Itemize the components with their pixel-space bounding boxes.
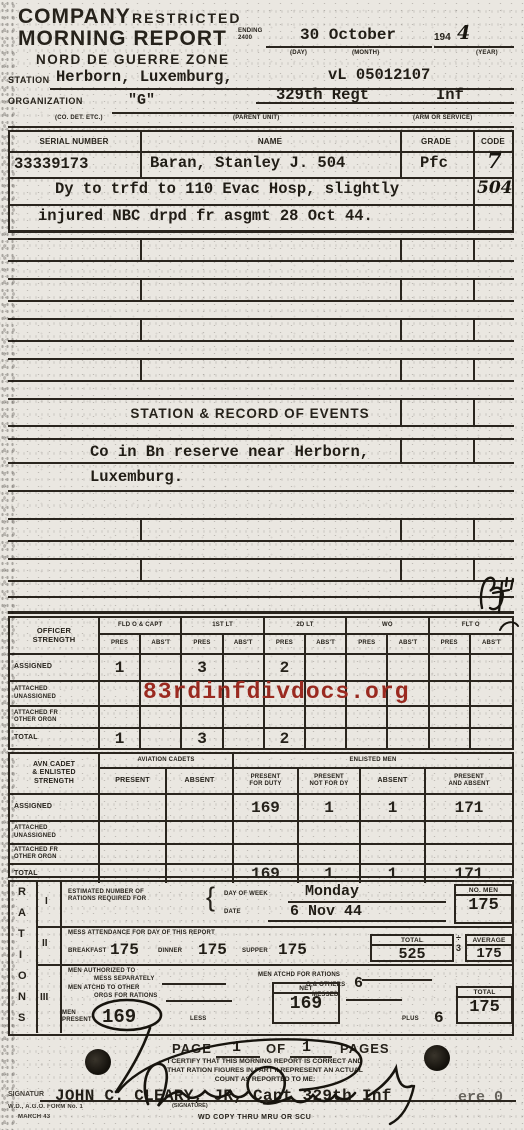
strength-cell: 171	[426, 795, 512, 822]
strength-cell	[306, 655, 347, 682]
year-caption: (YEAR)	[476, 50, 498, 57]
blank-underline	[166, 1000, 232, 1002]
rations-required-label: ESTIMATED NUMBER OF RATIONS REQUIRED FOR	[68, 889, 146, 903]
sub-header-pres: PRES	[430, 635, 471, 655]
section-numeral-iii: III	[40, 992, 48, 1003]
column-header-name: NAME	[240, 137, 300, 146]
form-id-line-2: MARCH 43	[18, 1114, 50, 1121]
restricted-stamp: RESTRICTED	[132, 10, 241, 26]
month-caption: (MONTH)	[352, 50, 379, 57]
punch-hole-left	[85, 1049, 111, 1075]
copy-routing-note: WD COPY THRU MRU OR SCU	[198, 1114, 311, 1121]
soldier-name-value: Baran, Stanley J. 504	[150, 154, 345, 172]
strength-cell: 2	[265, 655, 306, 682]
net-box: NET 169	[272, 982, 340, 1024]
strength-cell	[299, 845, 361, 865]
strength-cell	[141, 655, 182, 682]
row-line	[8, 177, 514, 179]
of-label: OF	[266, 1041, 286, 1056]
plus-label: PLUS	[402, 1016, 419, 1023]
strength-cell	[426, 845, 512, 865]
strength-cell	[388, 729, 429, 748]
group-header-1st-lt: 1ST LT	[182, 618, 264, 635]
average-value: 175	[467, 946, 511, 962]
rations-letter: N	[18, 991, 26, 1003]
rations-letter: S	[18, 1012, 25, 1024]
station-label: STATION	[8, 75, 50, 85]
row-line	[8, 204, 514, 206]
serial-number-value: 33339173	[14, 155, 88, 173]
events-entry-line-2: Luxemburg.	[90, 468, 183, 486]
pages-label: PAGES	[340, 1041, 390, 1056]
parent-unit-underline	[256, 102, 514, 104]
average-box: AVERAGE 175	[465, 934, 513, 962]
station-value: Herborn, Luxemburg,	[56, 68, 233, 86]
handwritten-initials	[468, 560, 520, 616]
dinner-value: 175	[198, 941, 227, 959]
men-authorized-label: MEN AUTHORIZED TO	[68, 968, 135, 975]
sub-header-pres: PRES	[182, 635, 223, 655]
sub-header-abst: ABS'T	[471, 635, 512, 655]
certification-line-1: I CERTIFY THAT THIS MORNING REPORT IS CO…	[110, 1058, 420, 1065]
strength-cell	[361, 822, 426, 845]
strength-cell	[182, 707, 223, 729]
zone-title: NORD DE GUERRE ZONE	[36, 52, 230, 67]
day-caption: (DAY)	[290, 50, 307, 57]
form-id-line-1: W.D., A.G.O. FORM No. 1	[8, 1104, 83, 1111]
blank-underline	[268, 920, 446, 922]
morning-report-document: COMPANY RESTRICTED MORNING REPORT ENDING…	[0, 0, 524, 1130]
mess-separately-label: MESS SEPARATELY	[94, 976, 155, 983]
year-underline	[434, 46, 514, 48]
sub-header-pres: PRES	[347, 635, 388, 655]
column-divider	[400, 130, 402, 178]
section-numeral-i: I	[45, 896, 48, 907]
rations-section: R A T I O N S I II III ESTIMATED NUMBER …	[8, 880, 514, 1036]
co-det-caption: (CO. DET. ETC.)	[55, 115, 103, 122]
strength-cell	[234, 822, 299, 845]
strength-cell	[347, 707, 388, 729]
year-handwritten: 4	[457, 22, 470, 44]
punch-hole-right	[424, 1045, 450, 1071]
strength-cell	[430, 655, 471, 682]
day-of-week-label: DAY OF WEEK	[224, 891, 268, 898]
strength-cell	[224, 707, 265, 729]
strength-cell	[471, 682, 512, 707]
grade-value: Pfc	[420, 154, 448, 172]
certification-line-2: THAT RATION FIGURES IN PART II REPRESENT…	[110, 1067, 420, 1074]
remark-line-1: Dy to trfd to 110 Evac Hosp, slightly	[55, 180, 399, 198]
sub-header-abst: ABS'T	[224, 635, 265, 655]
year-print: 194	[434, 32, 451, 43]
strength-cell	[388, 655, 429, 682]
rations-total-box: TOTAL 175	[456, 986, 513, 1024]
group-header-flt-o: FLT O	[430, 618, 512, 635]
plus-value: 6	[434, 1009, 444, 1027]
archive-watermark: 83rdinfdivdocs.org	[143, 679, 409, 705]
strength-cell	[471, 707, 512, 729]
sub-header-pres: PRES	[100, 635, 141, 655]
section-i-ii-divider	[36, 926, 513, 928]
strength-cell: 169	[234, 795, 299, 822]
organization-underline	[112, 112, 514, 114]
row-label-attached-fr-other: ATTACHED FR OTHER ORGN	[10, 707, 100, 729]
strength-cell	[347, 729, 388, 748]
strength-cell	[100, 795, 167, 822]
strength-cell	[361, 845, 426, 865]
strength-cell	[167, 795, 234, 822]
strength-cell	[306, 729, 347, 748]
sub-header-present-and-absent: PRESENT AND ABSENT	[426, 769, 512, 795]
strength-cell	[167, 822, 234, 845]
rations-col-divider	[36, 882, 38, 1033]
page-label: PAGE	[172, 1041, 212, 1056]
strength-cell: 2	[265, 729, 306, 748]
row-label-attached-unassigned: ATTACHED UNASSIGNED	[10, 822, 100, 845]
total-label: TOTAL	[458, 988, 511, 998]
day-of-week-value: Monday	[305, 883, 359, 900]
strength-cell	[100, 822, 167, 845]
sub-header-abst: ABS'T	[388, 635, 429, 655]
sub-header-cadet-absent: ABSENT	[167, 769, 234, 795]
rations-letter: R	[18, 886, 26, 898]
no-men-box: NO. MEN 175	[454, 884, 513, 924]
sub-header-present-not-for-dy: PRESENT NOT FOR DY	[299, 769, 361, 795]
code-value-handwritten: 7	[487, 148, 502, 173]
mess-attendance-label: MESS ATTENDANCE FOR DAY OF THIS REPORT	[68, 930, 215, 937]
row-label-assigned: ASSIGNED	[10, 795, 100, 822]
form-title-morning-report: MORNING REPORT	[18, 27, 227, 51]
strength-cell: 1	[100, 729, 141, 748]
table-border	[8, 130, 10, 232]
strength-cell	[430, 729, 471, 748]
strength-cell	[100, 707, 141, 729]
strength-cell	[100, 682, 141, 707]
arm-service-caption: (ARM OR SERVICE)	[413, 115, 472, 122]
section-divider	[8, 126, 514, 128]
row-label-assigned: ASSIGNED	[10, 655, 100, 682]
strength-cell	[388, 707, 429, 729]
sub-header-absent: ABSENT	[361, 769, 426, 795]
header-row-line	[8, 151, 514, 153]
events-entry-line-1: Co in Bn reserve near Herborn,	[90, 443, 369, 461]
breakfast-label: BREAKFAST	[68, 948, 106, 955]
signed-name-typed: JOHN C. CLEARY, JR, Capt 329th Inf	[55, 1087, 392, 1105]
events-section-title: STATION & RECORD OF EVENTS	[100, 406, 400, 421]
no-men-value: 175	[456, 896, 511, 915]
ending-2400-label: ENDING 2400	[238, 28, 263, 42]
row-label-total: TOTAL	[10, 729, 100, 748]
strength-cell	[224, 655, 265, 682]
column-header-code: CODE	[474, 137, 512, 146]
strength-cell: 1	[361, 795, 426, 822]
signature-caption: SIGNATURE	[8, 1091, 44, 1098]
dinner-label: DINNER	[158, 948, 182, 955]
sub-header-abst: ABS'T	[306, 635, 347, 655]
strength-cell	[426, 822, 512, 845]
strength-cell	[347, 655, 388, 682]
sub-header-present-for-duty: PRESENT FOR DUTY	[234, 769, 299, 795]
form-title-company: COMPANY	[18, 5, 131, 29]
strength-cell: 1	[100, 655, 141, 682]
strength-cell: 3	[182, 655, 223, 682]
station-coordinates: vL 05012107	[328, 66, 430, 84]
enlisted-strength-table: AVN CADET & ENLISTED STRENGTH AVIATION C…	[8, 752, 514, 878]
column-divider	[140, 130, 142, 178]
rations-letter: T	[18, 928, 25, 940]
men-atchd-rations-label: MEN ATCHD FOR RATIONS	[258, 972, 340, 979]
page-number: 1	[232, 1039, 241, 1056]
average-label: AVERAGE	[467, 936, 511, 946]
group-header-wo: WO	[347, 618, 429, 635]
men-atchd-other-label: MEN ATCHD TO OTHER	[68, 985, 140, 992]
remark-line-2: injured NBC drpd fr asgmt 28 Oct 44.	[38, 207, 373, 225]
sub-header-pres: PRES	[265, 635, 306, 655]
strength-cell: 3	[182, 729, 223, 748]
blank-underline	[362, 979, 432, 981]
strength-cell	[471, 729, 512, 748]
group-header-2d-lt: 2D LT	[265, 618, 347, 635]
men-present-value: 169	[102, 1006, 136, 1028]
organization-label: ORGANIZATION	[8, 96, 83, 106]
row-label-attached-fr-other: ATTACHED FR OTHER ORGN	[10, 845, 100, 865]
strength-cell	[430, 682, 471, 707]
less-label: LESS	[190, 1016, 206, 1023]
orgs-for-rations-label: ORGS FOR RATIONS	[94, 993, 157, 1000]
date-underline	[266, 46, 432, 48]
strength-cell	[265, 707, 306, 729]
strength-cell	[430, 707, 471, 729]
divide-by-value: 3	[456, 944, 461, 953]
net-value: 169	[274, 994, 338, 1014]
strength-cell	[224, 729, 265, 748]
enlisted-table-corner-label: AVN CADET & ENLISTED STRENGTH	[10, 754, 100, 795]
remark-code-handwritten: 504	[477, 178, 513, 198]
strength-cell	[100, 845, 167, 865]
organization-company: "G"	[128, 92, 155, 109]
certification-line-3: COUNT AS REPORTED TO ME:	[110, 1076, 420, 1083]
rations-total-value: 175	[458, 998, 511, 1017]
divide-sign: ÷	[456, 934, 461, 943]
row-label-attached-unassigned: ATTACHED UNASSIGNED	[10, 682, 100, 707]
rations-letter: I	[19, 949, 22, 961]
strength-cell	[471, 655, 512, 682]
parent-unit-caption: (PARENT UNIT)	[233, 115, 279, 122]
section-divider	[8, 130, 514, 132]
rations-letter: A	[18, 907, 26, 919]
section-numeral-ii: II	[42, 938, 48, 949]
strength-cell	[141, 729, 182, 748]
blank-underline	[162, 983, 226, 985]
strength-cell	[234, 845, 299, 865]
officer-table-corner-label: OFFICER STRENGTH	[10, 618, 100, 655]
strength-cell	[167, 845, 234, 865]
strength-cell	[306, 707, 347, 729]
others-messed-value: 6	[354, 975, 363, 992]
section-ii-iii-divider	[36, 964, 513, 966]
blank-underline	[346, 999, 402, 1001]
report-date-value: 30 October	[300, 26, 396, 44]
sub-header-cadet-present: PRESENT	[100, 769, 167, 795]
strength-cell: 1	[299, 795, 361, 822]
supper-label: SUPPER	[242, 948, 268, 955]
sub-header-abst: ABS'T	[141, 635, 182, 655]
table-bottom-line	[8, 230, 514, 233]
overprint-fragment: ere 0	[458, 1089, 503, 1106]
column-header-grade: GRADE	[406, 137, 466, 146]
breakfast-value: 175	[110, 941, 139, 959]
strength-cell	[299, 822, 361, 845]
total-label: TOTAL	[372, 936, 452, 946]
date-label: DATE	[224, 909, 241, 916]
group-header-enlisted-men: ENLISTED MEN	[234, 754, 512, 769]
group-header-aviation-cadets: AVIATION CADETS	[100, 754, 234, 769]
mess-total-value: 525	[372, 946, 452, 963]
brace-glyph: {	[206, 882, 215, 913]
mess-total-box: TOTAL 525	[370, 934, 454, 962]
strength-cell	[141, 707, 182, 729]
page-total: 1	[302, 1039, 311, 1056]
men-present-label: MEN PRESENT	[62, 1010, 92, 1024]
column-header-serial: SERIAL NUMBER	[24, 137, 124, 146]
rations-date-value: 6 Nov 44	[290, 903, 362, 920]
net-label: NET	[274, 984, 338, 994]
no-men-label: NO. MEN	[456, 886, 511, 896]
rations-letter: O	[18, 970, 27, 982]
group-header-fldo-capt: FLD O & CAPT	[100, 618, 182, 635]
supper-value: 175	[278, 941, 307, 959]
